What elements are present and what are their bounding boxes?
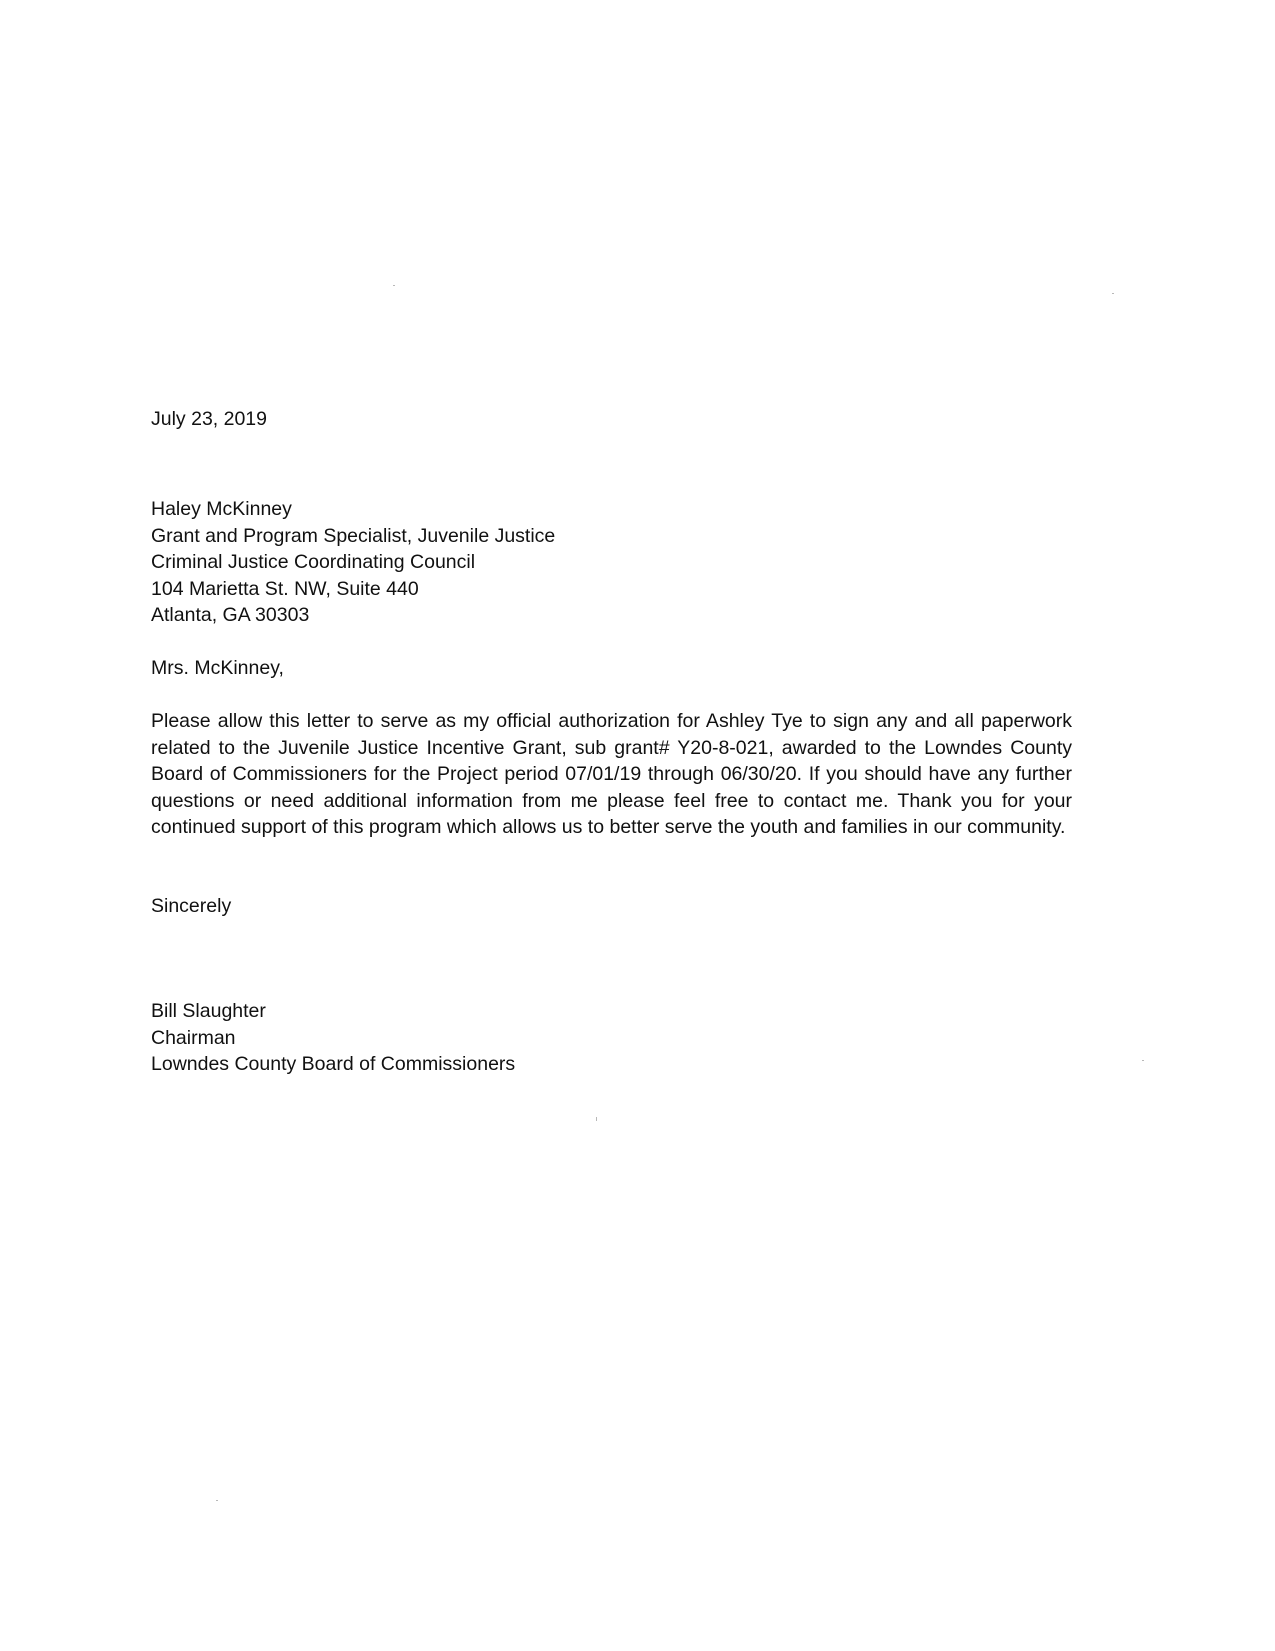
letter-page: July 23, 2019 Haley McKinney Grant and P… [0,0,1275,1651]
recipient-name: Haley McKinney [151,496,555,523]
signer-organization: Lowndes County Board of Commissioners [151,1051,515,1078]
signature-block: Bill Slaughter Chairman Lowndes County B… [151,998,515,1078]
scan-speck [1142,1060,1144,1061]
salutation: Mrs. McKinney, [151,655,284,682]
recipient-address-block: Haley McKinney Grant and Program Special… [151,496,555,629]
recipient-city-state-zip: Atlanta, GA 30303 [151,602,555,629]
recipient-organization: Criminal Justice Coordinating Council [151,549,555,576]
recipient-title: Grant and Program Specialist, Juvenile J… [151,523,555,550]
scan-speck [216,1500,218,1501]
letter-body: Please allow this letter to serve as my … [151,708,1072,841]
scan-speck [596,1117,597,1121]
signer-title: Chairman [151,1025,515,1052]
scan-speck [393,285,395,286]
scan-speck [1112,293,1114,294]
letter-date: July 23, 2019 [151,406,267,433]
signer-name: Bill Slaughter [151,998,515,1025]
recipient-street: 104 Marietta St. NW, Suite 440 [151,576,555,603]
closing: Sincerely [151,893,231,920]
